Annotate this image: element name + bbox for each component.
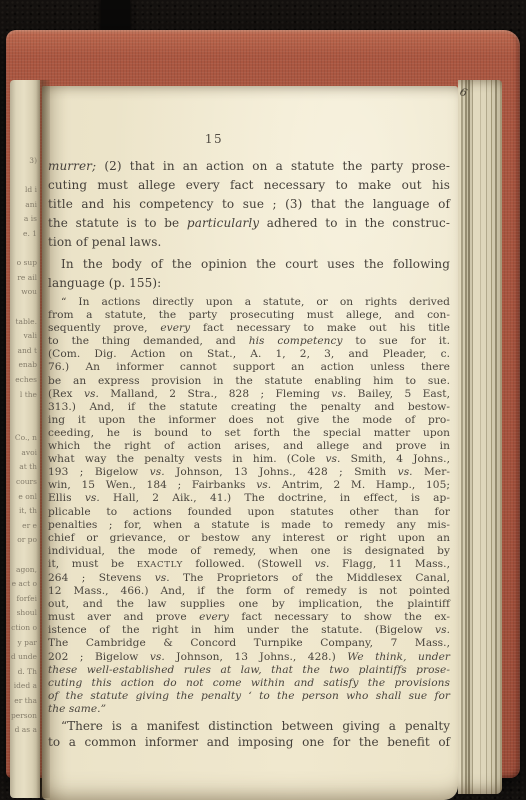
facing-page-fragment: agon, bbox=[10, 563, 40, 578]
facing-page-fragment: e act o bbox=[10, 577, 40, 592]
text-line: it, must be EXACTLY followed. (Stowell v… bbox=[48, 558, 450, 572]
text-line: 12 Mass., 466.) And, if the form of reme… bbox=[48, 585, 450, 598]
text-line: out, and the law supplies one by implica… bbox=[48, 598, 450, 611]
text-line: Ellis vs. Hall, 2 Aik., 41.) The doctrin… bbox=[48, 492, 450, 505]
facing-page-fragment: 3) bbox=[10, 154, 40, 169]
facing-page-fragment: ani bbox=[10, 198, 40, 213]
facing-page-fragment: d. Th bbox=[10, 665, 40, 680]
paragraph-quoted-opinion: “ In actions directly upon a statute, or… bbox=[48, 296, 450, 716]
text-line: be an express provision in the statute e… bbox=[48, 375, 450, 388]
facing-page-fragment: ided a bbox=[10, 679, 40, 694]
text-line: 202 ; Bigelow vs. Johnson, 13 Johns., 42… bbox=[48, 651, 450, 664]
facing-page-fragment: vali bbox=[10, 329, 40, 344]
facing-page-fragment: or po bbox=[10, 533, 40, 548]
text-line: win, 15 Wen., 184 ; Fairbanks vs. Antrim… bbox=[48, 479, 450, 492]
text-line: 264 ; Stevens vs. The Proprietors of the… bbox=[48, 572, 450, 585]
text-line: (Rex vs. Malland, 2 Stra., 828 ; Fleming… bbox=[48, 388, 450, 401]
text-line: chief or grievance, or bestow any intere… bbox=[48, 532, 450, 545]
facing-page-fragment: d as a bbox=[10, 723, 40, 738]
photo-background: 3)ld iania ise. 1o supre ailwoutable.val… bbox=[0, 0, 526, 800]
facing-page-fragment: y par bbox=[10, 636, 40, 651]
page-number: 15 bbox=[42, 132, 386, 146]
facing-page-fragment bbox=[10, 548, 40, 563]
text-line: murrer; (2) that in an action on a statu… bbox=[48, 157, 450, 176]
page-edges-stack: 6 bbox=[458, 80, 502, 794]
text-line: individual, the mode of remedy, when one… bbox=[48, 545, 450, 558]
text-line: sequently prove, every fact necessary to… bbox=[48, 322, 450, 335]
handwritten-mark: 6 bbox=[458, 85, 469, 100]
text-line: must aver and prove every fact necessary… bbox=[48, 611, 450, 624]
text-line: the statute is to be particularly adhere… bbox=[48, 214, 450, 233]
text-line: penalties ; for, when a statute is made … bbox=[48, 519, 450, 532]
facing-page-fragment: at th bbox=[10, 460, 40, 475]
facing-page-fragment: re ail bbox=[10, 271, 40, 286]
facing-page-fragment bbox=[10, 417, 40, 432]
facing-page-fragment bbox=[10, 242, 40, 257]
facing-page-fragment: ld i bbox=[10, 183, 40, 198]
facing-page-fragment: wou bbox=[10, 285, 40, 300]
text-line: (Com. Dig. Action on Stat., A. 1, 2, 3, … bbox=[48, 348, 450, 361]
facing-page-fragment: shoul bbox=[10, 606, 40, 621]
text-line: In the body of the opinion the court use… bbox=[48, 255, 450, 274]
facing-page-fragment: Co., n bbox=[10, 431, 40, 446]
text-line: 193 ; Bigelow vs. Johnson, 13 Johns., 42… bbox=[48, 466, 450, 479]
text-line: of the statute giving the penalty ‘ to t… bbox=[48, 690, 450, 703]
facing-page-fragment: cours bbox=[10, 475, 40, 490]
facing-page-fragment: it, th bbox=[10, 504, 40, 519]
text-line: cuting this action do not come within an… bbox=[48, 677, 450, 690]
facing-page-fragment: table. bbox=[10, 315, 40, 330]
text-line: these well-established rules at law, tha… bbox=[48, 664, 450, 677]
facing-page-fragment: er tha bbox=[10, 694, 40, 709]
facing-page-fragment: o sup bbox=[10, 256, 40, 271]
paragraph-intro: In the body of the opinion the court use… bbox=[48, 255, 450, 293]
book-cover: 3)ld iania ise. 1o supre ailwoutable.val… bbox=[6, 30, 520, 778]
facing-page-fragment: l the bbox=[10, 388, 40, 403]
facing-page-fragment: enab bbox=[10, 358, 40, 373]
text-line: tion of penal laws. bbox=[48, 233, 450, 252]
facing-page-fragment: d unde bbox=[10, 650, 40, 665]
facing-page-fragment bbox=[10, 300, 40, 315]
facing-page-fragment: ction o bbox=[10, 621, 40, 636]
paragraph-continuation: murrer; (2) that in an action on a statu… bbox=[48, 157, 450, 252]
paragraph-closing: “There is a manifest distinction between… bbox=[48, 719, 450, 750]
text-line: plicable to actions founded upon statute… bbox=[48, 506, 450, 519]
text-line: istence of the right in him under the st… bbox=[48, 624, 450, 637]
facing-page-fragment: a is bbox=[10, 212, 40, 227]
facing-page-fragment bbox=[10, 402, 40, 417]
facing-page-fragment: er e bbox=[10, 519, 40, 534]
text-line: “ In actions directly upon a statute, or… bbox=[48, 296, 450, 309]
facing-page-fragment: e. 1 bbox=[10, 227, 40, 242]
facing-page-fragment: e onl bbox=[10, 490, 40, 505]
facing-page-fragment: forfei bbox=[10, 592, 40, 607]
text-line: “There is a manifest distinction between… bbox=[48, 719, 450, 735]
text-line: title and his competency to sue ; (3) th… bbox=[48, 195, 450, 214]
facing-page-fragment: person bbox=[10, 709, 40, 724]
text-line: from a statute, the party prosecuting mu… bbox=[48, 309, 450, 322]
text-line: 313.) And, if the statute creating the p… bbox=[48, 401, 450, 414]
text-line: to the thing demanded, and his competenc… bbox=[48, 335, 450, 348]
text-line: which the right of action arises, and al… bbox=[48, 440, 450, 453]
facing-page-edge: 3)ld iania ise. 1o supre ailwoutable.val… bbox=[10, 80, 40, 798]
text-line: the same.” bbox=[48, 703, 450, 716]
text-line: 76.) An informer cannot support an actio… bbox=[48, 361, 450, 374]
facing-page-fragment: avoi bbox=[10, 446, 40, 461]
text-line: what way the penalty vests in him. (Cole… bbox=[48, 453, 450, 466]
text-line: to a common informer and imposing one fo… bbox=[48, 735, 450, 751]
text-line: cuting must allege every fact necessary … bbox=[48, 176, 450, 195]
facing-page-fragment: eches bbox=[10, 373, 40, 388]
facing-page-text-fragments: 3)ld iania ise. 1o supre ailwoutable.val… bbox=[10, 80, 40, 738]
book-page: 15 murrer; (2) that in an action on a st… bbox=[42, 86, 458, 800]
text-line: language (p. 155): bbox=[48, 274, 450, 293]
text-line: ing it upon the informer does not give t… bbox=[48, 414, 450, 427]
text-line: The Cambridge & Concord Turnpike Company… bbox=[48, 637, 450, 650]
text-line: ceeding, he is bound to set forth the sp… bbox=[48, 427, 450, 440]
facing-page-fragment bbox=[10, 169, 40, 184]
facing-page-fragment: and t bbox=[10, 344, 40, 359]
